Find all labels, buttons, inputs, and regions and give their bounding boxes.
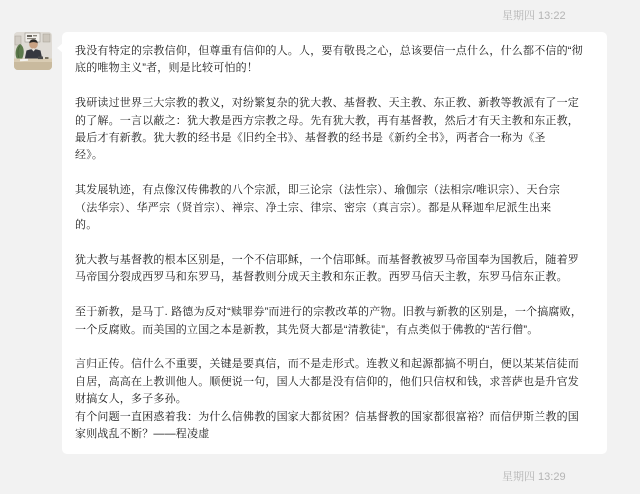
timestamp-bottom: 星期四 13:29 — [502, 468, 566, 484]
timestamp-top: 星期四 13:22 — [502, 7, 566, 23]
message-text: 我没有特定的宗教信仰，但尊重有信仰的人。人，要有敬畏之心，总该要信一点什么，什么… — [75, 43, 595, 443]
message-bubble[interactable]: 我没有特定的宗教信仰，但尊重有信仰的人。人，要有敬畏之心，总该要信一点什么，什么… — [62, 32, 607, 454]
avatar-photo-icon — [14, 32, 52, 70]
bubble-tail-icon — [57, 43, 63, 53]
chat-window: 星期四 13:22 — [0, 0, 640, 494]
avatar[interactable] — [14, 32, 52, 70]
